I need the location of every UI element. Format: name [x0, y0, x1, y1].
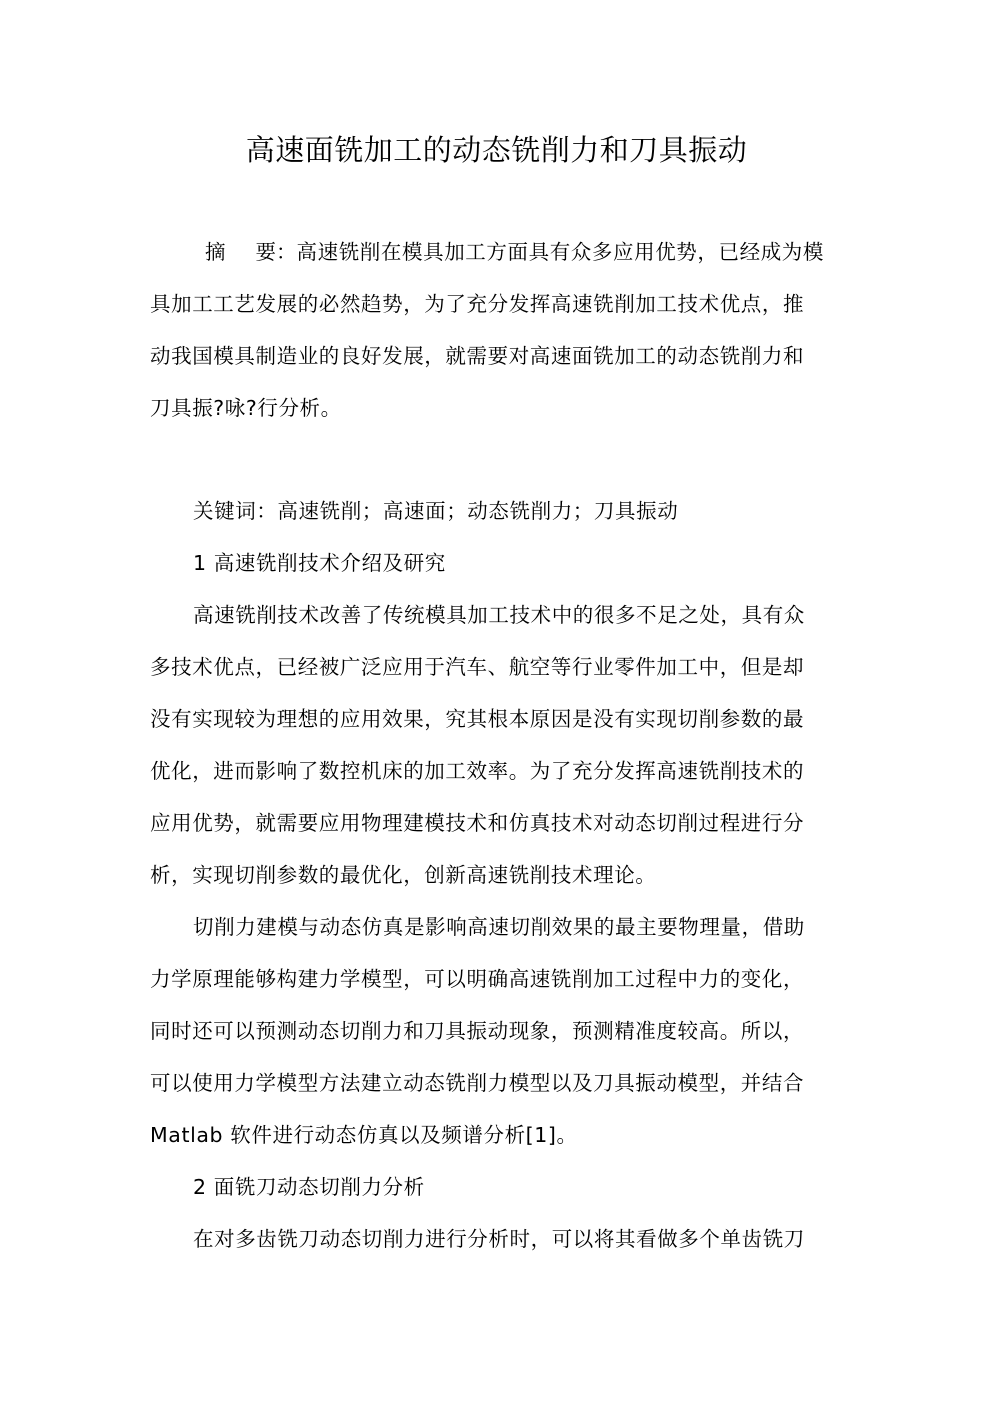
paragraph-line: 力学原理能够构建力学模型，可以明确高速铣削加工过程中力的变化，: [150, 964, 850, 994]
paragraph-line: 在对多齿铣刀动态切削力进行分析时，可以将其看做多个单齿铣刀: [193, 1224, 893, 1254]
paragraph-line: Matlab 软件进行动态仿真以及频谱分析[1]。: [150, 1120, 850, 1150]
paragraph-line: 析，实现切削参数的最优化，创新高速铣削技术理论。: [150, 860, 850, 890]
paragraph-line: 多技术优点，已经被广泛应用于汽车、航空等行业零件加工中，但是却: [150, 652, 850, 682]
abstract-label-part2: 要：: [256, 240, 297, 264]
document-title: 高速面铣加工的动态铣削力和刀具振动: [0, 128, 993, 169]
section-heading: 2 面铣刀动态切削力分析: [193, 1172, 893, 1202]
paragraph-line: 可以使用力学模型方法建立动态铣削力模型以及刀具振动模型，并结合: [150, 1068, 850, 1098]
abstract-line: 具加工工艺发展的必然趋势，为了充分发挥高速铣削加工技术优点，推: [150, 289, 850, 319]
paragraph-line: 没有实现较为理想的应用效果，究其根本原因是没有实现切削参数的最: [150, 704, 850, 734]
paragraph-line: 优化，进而影响了数控机床的加工效率。为了充分发挥高速铣削技术的: [150, 756, 850, 786]
paragraph-line: 同时还可以预测动态切削力和刀具振动现象，预测精准度较高。所以，: [150, 1016, 850, 1046]
abstract-line: 动我国模具制造业的良好发展，就需要对高速面铣加工的动态铣削力和: [150, 341, 850, 371]
abstract-line: 刀具振?咏?行分析。: [150, 393, 850, 423]
paragraph-line: 应用优势，就需要应用物理建模技术和仿真技术对动态切削过程进行分: [150, 808, 850, 838]
paragraph-line: 高速铣削技术改善了传统模具加工技术中的很多不足之处，具有众: [193, 600, 893, 630]
abstract-first-line: 摘要：高速铣削在模具加工方面具有众多应用优势，已经成为模: [205, 237, 905, 267]
paragraph-line: 切削力建模与动态仿真是影响高速切削效果的最主要物理量，借助: [193, 912, 893, 942]
abstract-label-part1: 摘: [205, 240, 226, 264]
section-heading: 1 高速铣削技术介绍及研究: [193, 548, 893, 578]
abstract-text: 高速铣削在模具加工方面具有众多应用优势，已经成为模: [297, 240, 825, 264]
keywords: 关键词：高速铣削；高速面；动态铣削力；刀具振动: [193, 496, 893, 526]
